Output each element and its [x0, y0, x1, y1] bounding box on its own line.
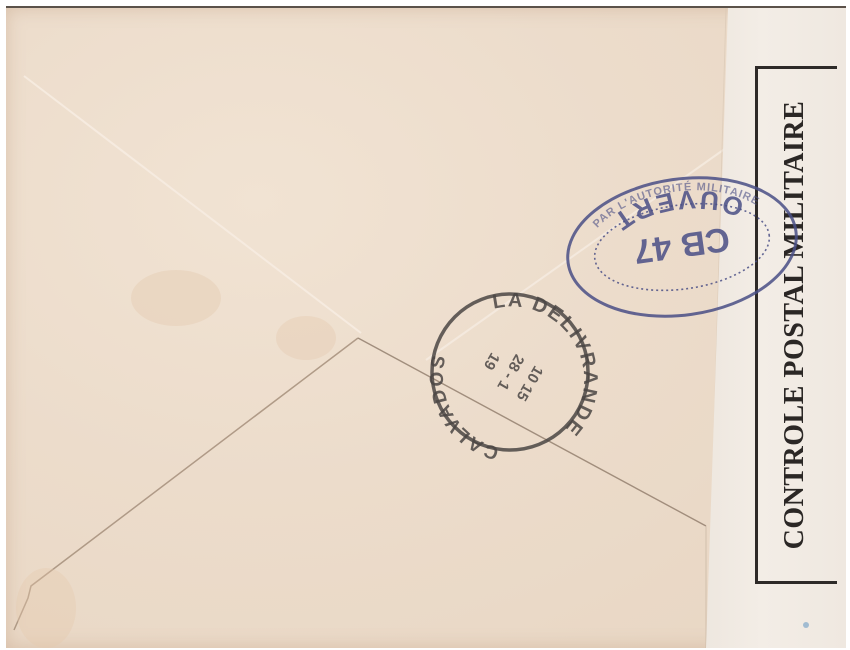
- censor-label-text: CONTROLE POSTAL MILITAIRE: [779, 101, 811, 550]
- ink-speck: [803, 622, 809, 628]
- censor-oval-stamp: CB 47 OUVERT PAR L'AUTORITÉ MILITAIRE: [560, 172, 805, 322]
- postmark-year: 19: [480, 350, 503, 373]
- postmark-cancel: LA DELIVRANDE CALVADOS 10 15 28 - 1 19: [425, 262, 595, 457]
- oval-stamp-number: CB 47: [631, 219, 732, 270]
